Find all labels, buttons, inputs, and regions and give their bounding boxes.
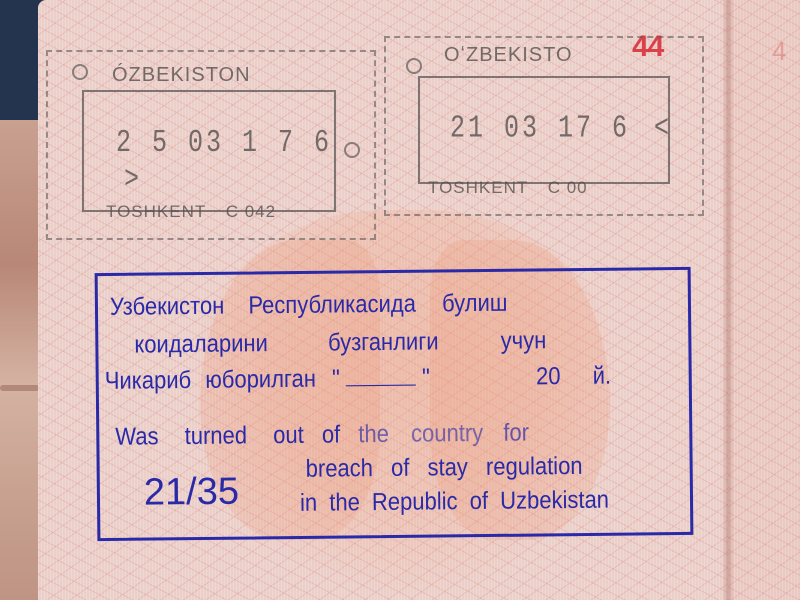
en-word: country bbox=[411, 419, 483, 448]
en-word: the bbox=[358, 419, 389, 447]
en-word: of bbox=[322, 420, 341, 448]
entry-stamp-country: OʻZBEKISTO bbox=[444, 44, 573, 67]
en-word: Was bbox=[115, 422, 158, 450]
uz-word: Чикариб bbox=[105, 366, 192, 395]
passport-page-right bbox=[728, 0, 800, 600]
rosette-icon bbox=[406, 58, 422, 74]
date-quote-open: " bbox=[332, 364, 340, 392]
uz-word: Узбекистон bbox=[110, 291, 225, 320]
en-word: turned bbox=[184, 421, 247, 450]
uz-word: Республикасида bbox=[248, 289, 416, 319]
uz-word: учун bbox=[501, 326, 547, 354]
uz-word: булиш bbox=[442, 288, 508, 317]
en-word: for bbox=[503, 418, 529, 446]
page-number-next: 4 bbox=[772, 36, 786, 67]
deportation-number: 21/35 bbox=[144, 471, 240, 515]
en-line-1: Was turned out of the country for bbox=[115, 418, 529, 451]
exit-stamp-city: TOSHKENT C 042 bbox=[106, 202, 276, 222]
year-suffix: й. bbox=[592, 361, 611, 389]
date-text: 21 03 17 6 bbox=[450, 110, 630, 146]
year-prefix: 20 bbox=[536, 362, 561, 390]
exit-stamp-date: 2 5 03 1 7 6 > bbox=[116, 125, 376, 198]
exit-stamp: ÓZBEKISTON 2 5 03 1 7 6 > TOSHKENT C 042 bbox=[46, 50, 376, 240]
rosette-icon bbox=[72, 64, 88, 80]
entry-stamp-date: 21 03 17 6 < bbox=[450, 110, 672, 146]
finger-crease bbox=[0, 385, 40, 391]
city-text: TOSHKENT bbox=[428, 178, 528, 197]
uz-word: бузганлиги bbox=[328, 327, 439, 356]
city-text: TOSHKENT bbox=[106, 202, 206, 221]
page-gutter bbox=[722, 0, 734, 600]
en-line-2: breach of stay regulation bbox=[306, 451, 583, 483]
exit-stamp-country: ÓZBEKISTON bbox=[112, 64, 251, 87]
checkpoint-code: C 00 bbox=[548, 178, 588, 197]
uz-word: коидаларини bbox=[134, 329, 268, 358]
en-line-3: in the Republic of Uzbekistan bbox=[300, 485, 609, 517]
checkpoint-code: C 042 bbox=[226, 202, 276, 221]
direction-arrow-icon: > bbox=[124, 161, 142, 197]
uz-line-3: Чикариб юборилган " " 20 й. bbox=[105, 361, 612, 395]
uz-line-2: коидаларини бузганлиги учун bbox=[134, 326, 546, 359]
date-quote-close: " bbox=[422, 363, 430, 391]
date-text: 2 5 03 1 7 6 bbox=[116, 125, 332, 161]
entry-stamp-city: TOSHKENT C 00 bbox=[428, 178, 588, 198]
en-word: out bbox=[273, 420, 304, 448]
uz-line-1: Узбекистон Республикасида булиш bbox=[110, 288, 508, 321]
date-blank bbox=[346, 384, 416, 386]
direction-arrow-icon: < bbox=[654, 110, 672, 146]
uz-word: юборилган bbox=[205, 364, 316, 393]
entry-stamp: OʻZBEKISTO 21 03 17 6 < TOSHKENT C 00 bbox=[384, 36, 704, 216]
deportation-stamp: Узбекистон Республикасида булиш коидалар… bbox=[95, 267, 694, 541]
